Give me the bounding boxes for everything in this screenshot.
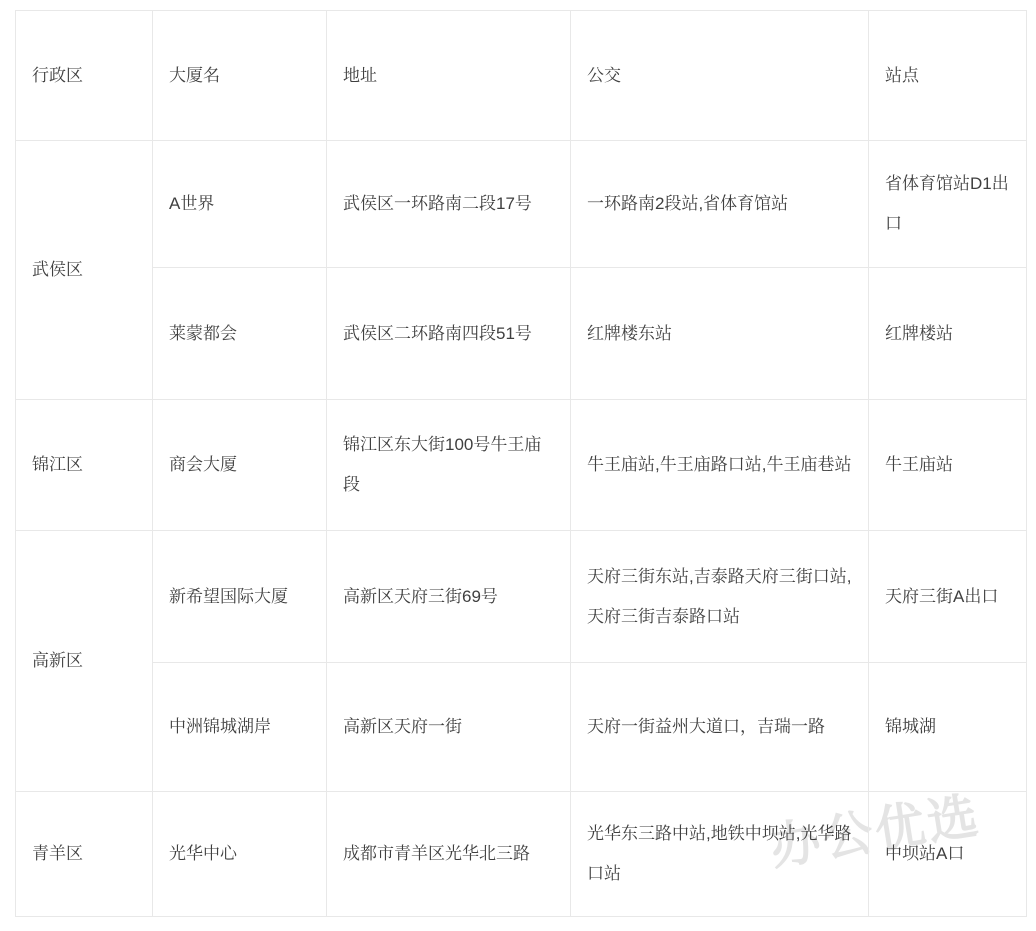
- buildings-table: 行政区 大厦名 地址 公交 站点 武侯区 A世界 武侯区一环路南二段17号 一环…: [15, 10, 1027, 917]
- cell-station: 天府三街A出口: [869, 531, 1027, 663]
- cell-address: 锦江区东大街100号牛王庙段: [327, 400, 571, 531]
- table-row: 武侯区 A世界 武侯区一环路南二段17号 一环路南2段站,省体育馆站 省体育馆站…: [16, 141, 1027, 268]
- cell-district-wuhou: 武侯区: [16, 141, 153, 400]
- table-row: 中洲锦城湖岸 高新区天府一街 天府一街益州大道口，吉瑞一路 锦城湖: [16, 663, 1027, 792]
- cell-station: 红牌楼站: [869, 268, 1027, 400]
- cell-district-jinjiang: 锦江区: [16, 400, 153, 531]
- header-address: 地址: [327, 11, 571, 141]
- header-bus: 公交: [571, 11, 869, 141]
- cell-district-qingyang: 青羊区: [16, 792, 153, 917]
- cell-building: 莱蒙都会: [153, 268, 327, 400]
- cell-station: 省体育馆站D1出口: [869, 141, 1027, 268]
- cell-building: 新希望国际大厦: [153, 531, 327, 663]
- cell-station: 锦城湖: [869, 663, 1027, 792]
- cell-bus: 红牌楼东站: [571, 268, 869, 400]
- page: 办公优选 行政区 大厦名 地址 公交 站点 武侯区 A世界 武侯区一环路南二段1…: [0, 0, 1036, 931]
- cell-building: 光华中心: [153, 792, 327, 917]
- cell-building: 中洲锦城湖岸: [153, 663, 327, 792]
- cell-address: 武侯区一环路南二段17号: [327, 141, 571, 268]
- cell-bus: 牛王庙站,牛王庙路口站,牛王庙巷站: [571, 400, 869, 531]
- header-building: 大厦名: [153, 11, 327, 141]
- cell-bus: 天府一街益州大道口，吉瑞一路: [571, 663, 869, 792]
- table-row: 青羊区 光华中心 成都市青羊区光华北三路 光华东三路中站,地铁中坝站,光华路口站…: [16, 792, 1027, 917]
- cell-bus: 一环路南2段站,省体育馆站: [571, 141, 869, 268]
- cell-address: 成都市青羊区光华北三路: [327, 792, 571, 917]
- cell-station: 牛王庙站: [869, 400, 1027, 531]
- cell-address: 高新区天府一街: [327, 663, 571, 792]
- cell-address: 武侯区二环路南四段51号: [327, 268, 571, 400]
- header-station: 站点: [869, 11, 1027, 141]
- cell-building: 商会大厦: [153, 400, 327, 531]
- cell-station: 中坝站A口: [869, 792, 1027, 917]
- cell-address: 高新区天府三街69号: [327, 531, 571, 663]
- cell-building: A世界: [153, 141, 327, 268]
- table-row: 莱蒙都会 武侯区二环路南四段51号 红牌楼东站 红牌楼站: [16, 268, 1027, 400]
- header-district: 行政区: [16, 11, 153, 141]
- table-row: 锦江区 商会大厦 锦江区东大街100号牛王庙段 牛王庙站,牛王庙路口站,牛王庙巷…: [16, 400, 1027, 531]
- table-header-row: 行政区 大厦名 地址 公交 站点: [16, 11, 1027, 141]
- table-row: 高新区 新希望国际大厦 高新区天府三街69号 天府三街东站,吉泰路天府三街口站,…: [16, 531, 1027, 663]
- cell-bus: 天府三街东站,吉泰路天府三街口站,天府三街吉泰路口站: [571, 531, 869, 663]
- cell-bus: 光华东三路中站,地铁中坝站,光华路口站: [571, 792, 869, 917]
- cell-district-gaoxin: 高新区: [16, 531, 153, 792]
